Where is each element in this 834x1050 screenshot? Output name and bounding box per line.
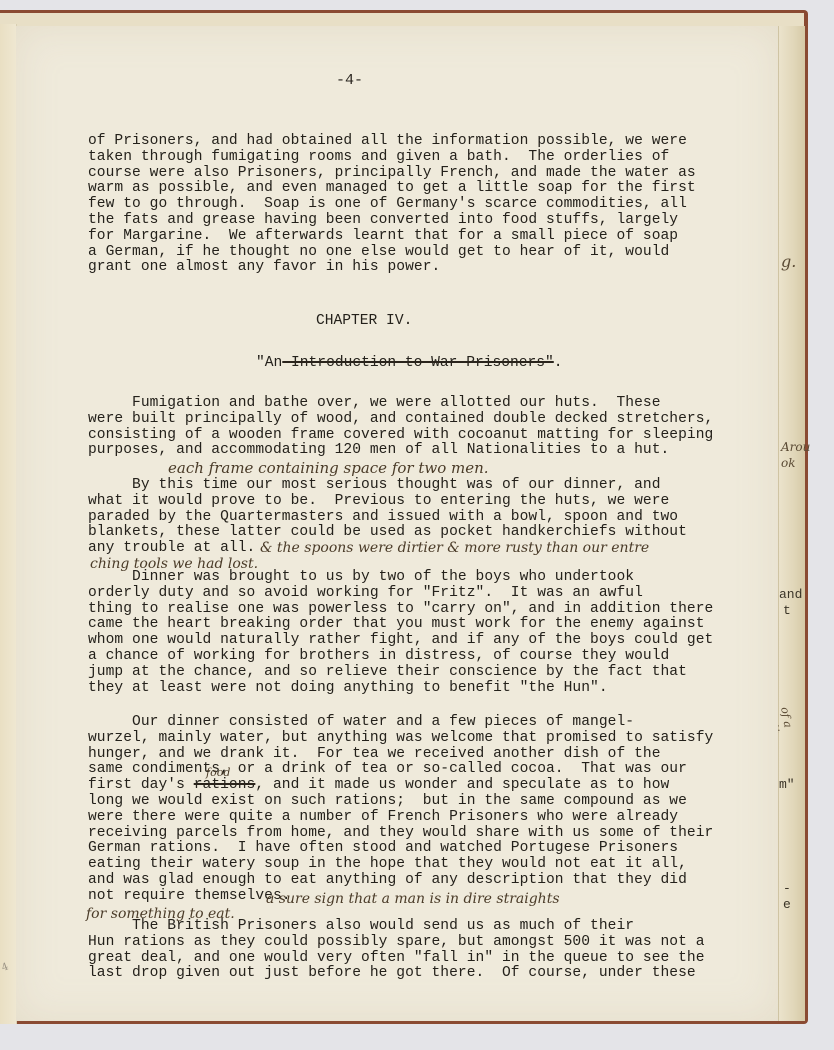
handwritten-annotation: each frame containing space for two men. [168, 459, 489, 477]
subtitle-open: "An [256, 355, 282, 371]
edge-handwriting: g. [781, 252, 796, 271]
typed-page: -4- of Prisoners, and had obtained all t… [16, 26, 778, 1021]
handwritten-annotation: a sure sign that a man is in dire straig… [266, 891, 560, 907]
edge-typed-text: m" [779, 778, 795, 792]
underlying-page-edge: g. Arou ok and t m" - e of a Cott [778, 26, 805, 1021]
handwritten-annotation: & the spoons were dirtier & more rusty t… [260, 540, 649, 556]
paragraph-5-corrected-line: first day's rations, and it made us wond… [88, 778, 778, 794]
chapter-subtitle: "An Introduction to War Prisoners". [256, 355, 563, 371]
edge-handwriting: Arou [781, 440, 810, 454]
edge-typed-text: - [783, 882, 791, 896]
paragraph-2: Fumigation and bathe over, we were allot… [88, 396, 778, 459]
edge-typed-text: and [779, 588, 802, 602]
paragraph-6: The British Prisoners also would send us… [88, 919, 778, 982]
handwritten-insertion: food [206, 766, 230, 779]
paragraph-5: Our dinner consisted of water and a few … [88, 715, 778, 778]
subtitle-struck-text: Introduction to War Prisoners" [282, 355, 554, 371]
subtitle-end: . [554, 355, 563, 371]
left-page-edge [0, 24, 17, 1024]
paragraph-1: of Prisoners, and had obtained all the i… [88, 134, 778, 276]
page-number: -4- [336, 72, 363, 89]
edge-handwriting: ok [781, 456, 796, 470]
struck-word: rations [194, 777, 256, 793]
paragraph-5-continued: long we would exist on such rations; but… [88, 794, 778, 905]
chapter-title: CHAPTER IV. [316, 313, 412, 329]
paragraph-4: Dinner was brought to us by two of the b… [88, 570, 778, 696]
edge-typed-text: e [783, 898, 791, 912]
edge-typed-text: t [783, 604, 791, 618]
